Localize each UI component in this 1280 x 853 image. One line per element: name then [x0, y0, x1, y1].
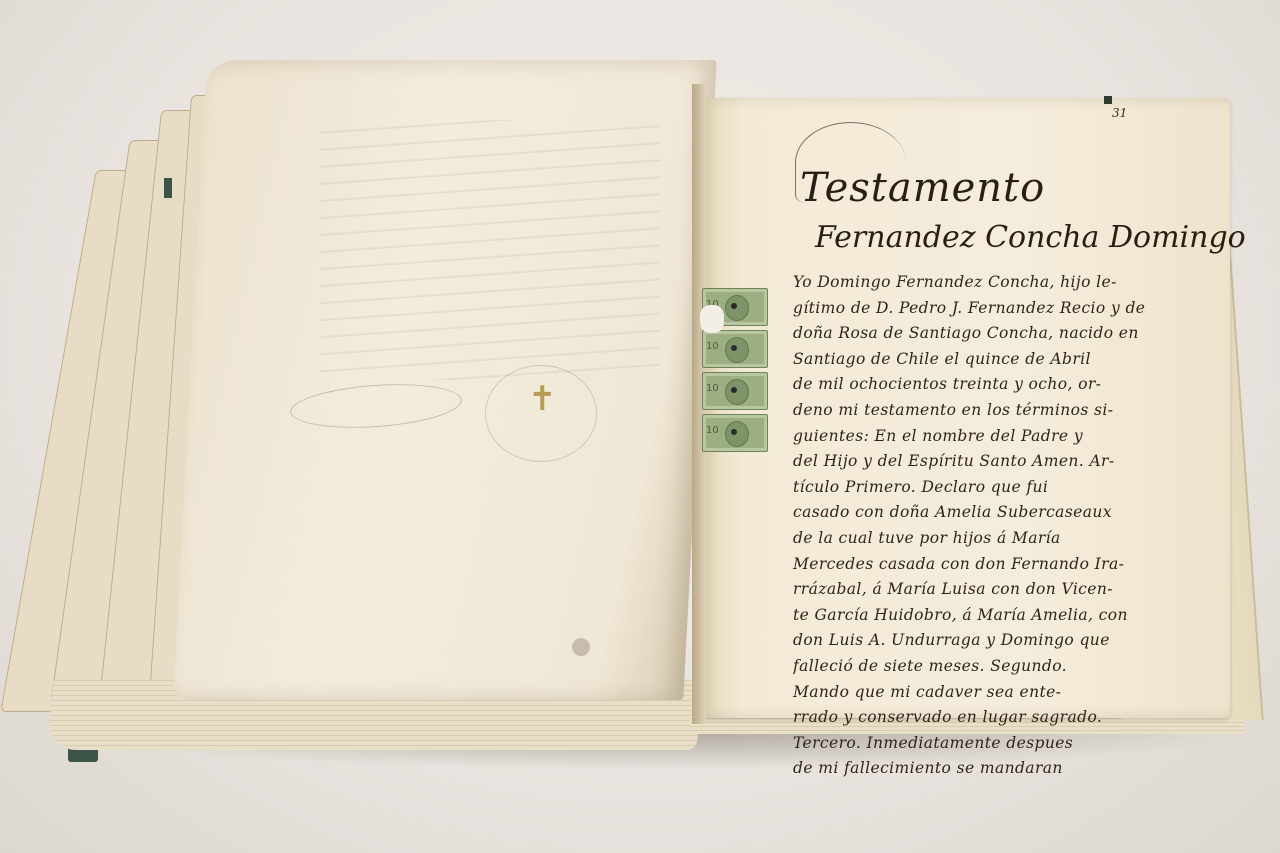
text-line: de mi fallecimiento se mandaran	[793, 756, 1188, 782]
text-line: don Luis A. Undurraga y Domingo que	[793, 628, 1188, 654]
text-line: Tercero. Inmediatamente despues	[793, 731, 1188, 757]
text-line: casado con doña Amelia Subercaseaux	[793, 500, 1188, 526]
stamp-value: 10	[706, 383, 719, 394]
text-line: de la cual tuve por hijos á María	[793, 526, 1188, 552]
portrait-icon	[725, 337, 749, 363]
punch-hole	[731, 303, 737, 309]
text-line: deno mi testamento en los términos si-	[793, 398, 1188, 424]
testament-body: Yo Domingo Fernandez Concha, hijo le- gí…	[793, 270, 1188, 782]
stamp-value: 10	[706, 341, 719, 352]
revenue-stamp: 10	[702, 330, 768, 368]
stain	[572, 638, 590, 656]
binding-corner	[1104, 96, 1112, 104]
torn-hole	[700, 305, 724, 333]
text-line: doña Rosa de Santiago Concha, nacido en	[793, 321, 1188, 347]
text-line: Yo Domingo Fernandez Concha, hijo le-	[793, 270, 1188, 296]
document-title: Testamento	[800, 165, 1045, 211]
text-line: Mercedes casada con don Fernando Ira-	[793, 552, 1188, 578]
portrait-icon	[725, 421, 749, 447]
text-line: te García Huidobro, á María Amelia, con	[793, 603, 1188, 629]
revenue-stamp: 10	[702, 372, 768, 410]
text-line: de mil ochocientos treinta y ocho, or-	[793, 372, 1188, 398]
text-line: del Hijo y del Espíritu Santo Amen. Ar-	[793, 449, 1188, 475]
binding-cloth	[164, 178, 172, 198]
text-line: gítimo de D. Pedro J. Fernandez Recio y …	[793, 296, 1188, 322]
page-number: 31	[1112, 106, 1127, 120]
text-line: Santiago de Chile el quince de Abril	[793, 347, 1188, 373]
punch-hole	[731, 345, 737, 351]
revenue-stamp: 10	[702, 414, 768, 452]
punch-hole	[731, 387, 737, 393]
portrait-icon	[725, 379, 749, 405]
text-line: falleció de siete meses. Segundo.	[793, 654, 1188, 680]
show-through-text	[320, 120, 660, 380]
cross-icon: ✝	[528, 382, 557, 416]
portrait-icon	[725, 295, 749, 321]
punch-hole	[731, 429, 737, 435]
stamp-value: 10	[706, 425, 719, 436]
text-line: rrázabal, á María Luisa con don Vicen-	[793, 577, 1188, 603]
text-line: rrado y conservado en lugar sagrado.	[793, 705, 1188, 731]
text-line: Mando que mi cadaver sea ente-	[793, 680, 1188, 706]
text-line: guientes: En el nombre del Padre y	[793, 424, 1188, 450]
document-subtitle: Fernandez Concha Domingo	[815, 220, 1246, 255]
text-line: tículo Primero. Declaro que fui	[793, 475, 1188, 501]
